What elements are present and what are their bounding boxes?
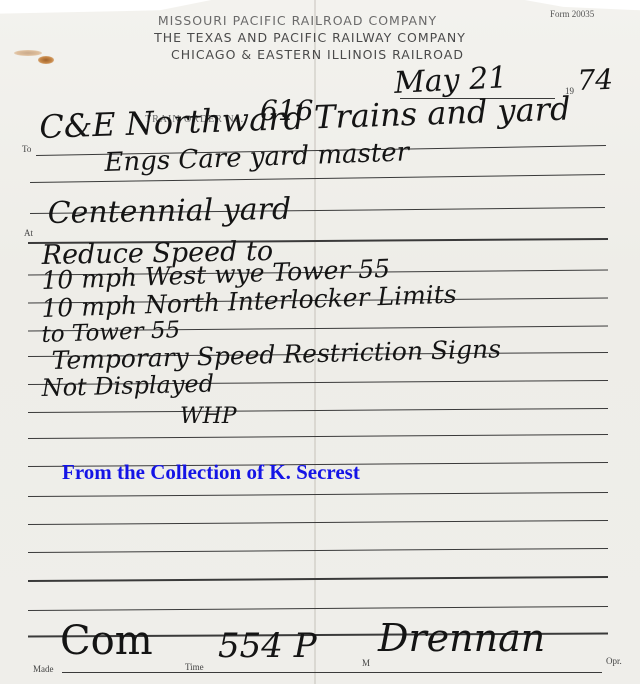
to-line-2: Engs Care yard master [104,137,410,178]
rule-blank-7 [28,606,608,611]
train-order-form: Form 20035 MISSOURI PACIFIC RAILROAD COM… [0,0,640,684]
made-value: Com [60,618,153,664]
company-header: MISSOURI PACIFIC RAILROAD COMPANY THE TE… [0,12,640,63]
opr-label: Opr. [606,656,622,666]
at-value: Centennial yard [47,192,291,231]
at-label: At [24,228,33,238]
rule-order-7 [28,434,608,439]
order-line-6: Not Displayed [41,369,214,402]
operator-signature: Drennan [378,616,545,660]
date-year: 74 [577,63,614,97]
m-label: M [362,658,370,668]
rule-blank-5 [28,548,608,553]
company-line-3: CHICAGO & EASTERN ILLINOIS RAILROAD [0,46,640,63]
rule-blank-4 [28,520,608,525]
time-label: Time [185,662,204,672]
time-value: 554 P [218,626,317,666]
made-label: Made [33,664,54,674]
company-line-1: MISSOURI PACIFIC RAILROAD COMPANY [0,12,640,29]
company-line-2: THE TEXAS AND PACIFIC RAILWAY COMPANY [0,29,640,46]
collection-watermark: From the Collection of K. Secrest [62,460,360,485]
rule-blank-3 [28,492,608,497]
to-line-1: C&E Northward Trains and yard [39,89,571,146]
rule-order-6 [28,408,608,413]
order-initials: WHP [180,404,237,429]
footer-rule [62,672,602,673]
rule-blank-6 [28,576,608,582]
to-label: To [22,144,31,154]
